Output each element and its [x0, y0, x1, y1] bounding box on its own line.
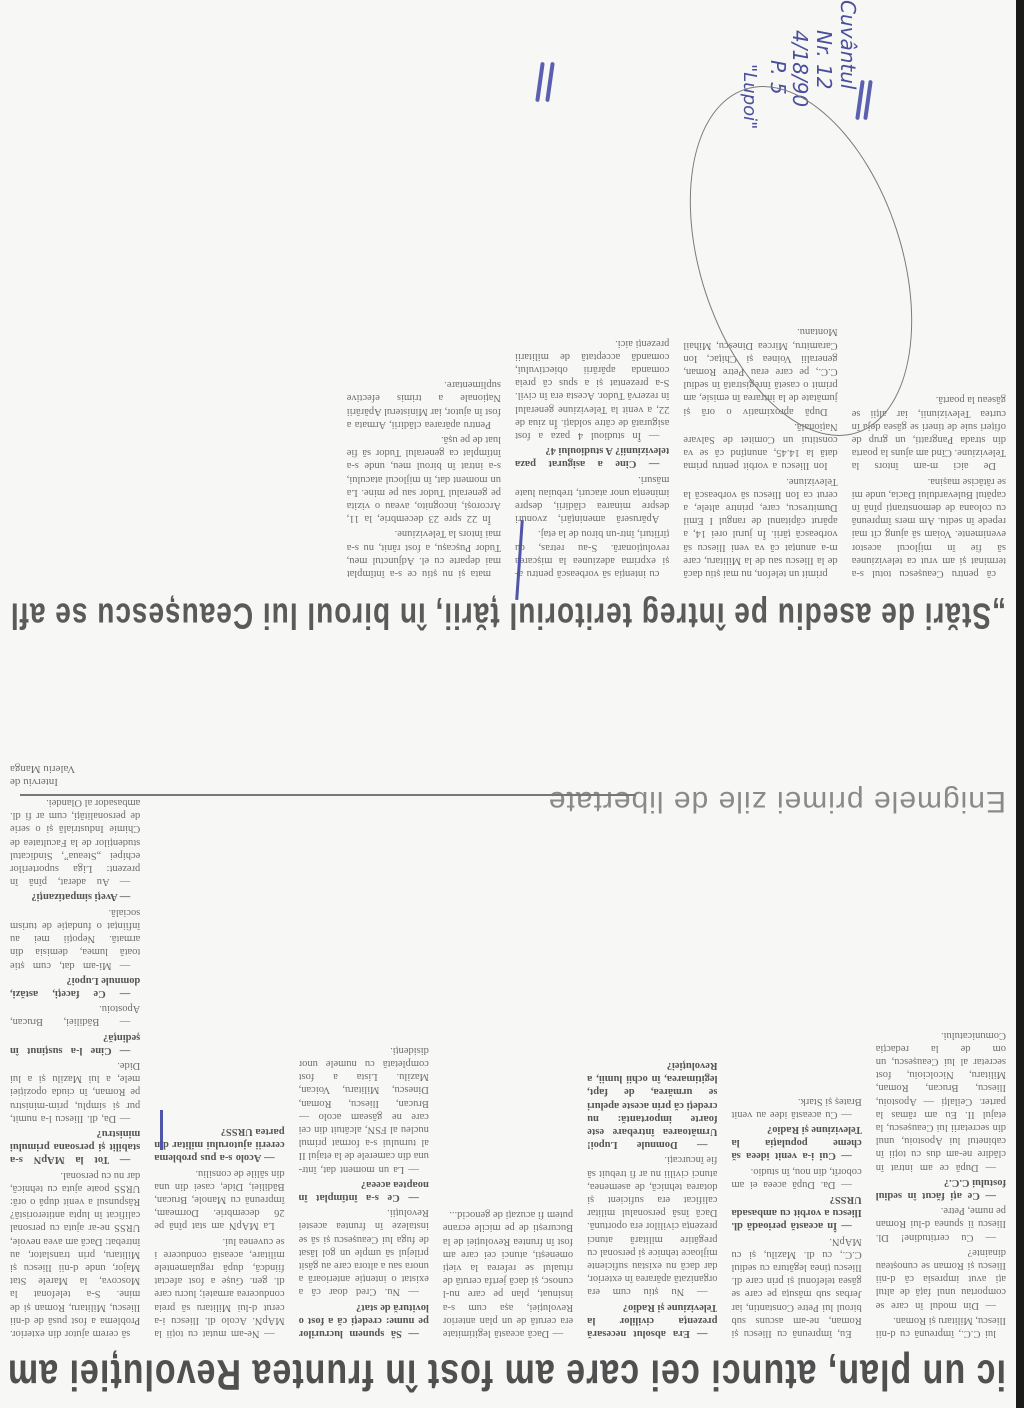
paragraph: La MApN am stat pînă pe 26 decembrie. Do…: [154, 1166, 284, 1232]
paragraph: — Ne-am mutat cu toții la MApN. Acolo dl…: [154, 1234, 284, 1340]
article-top-headline: ic un plan, atunci cei care am fost în f…: [10, 1349, 1006, 1398]
question: — Aveți simpatizanți?: [10, 890, 140, 903]
paragraph: În 22 spre 23 decembrie, la 11, Arcoroși…: [347, 433, 501, 525]
paragraph: — Da. După aceea ei am coborît, din nou,…: [731, 1164, 861, 1190]
paragraph: — În studioul 4 paza a fost asigurată de…: [515, 336, 669, 442]
paragraph: — Cu certitudine! Dl. Iliescu îi spunea …: [876, 1204, 1006, 1244]
question: — Cine a asigurat paza televiziunii? A s…: [515, 444, 669, 470]
question: — Ce ați făcut în sediul fostului C.C.?: [876, 1176, 1006, 1202]
handwritten-issue: Nr. 12: [812, 30, 836, 90]
paragraph: mata și nu știu ce s-a întîmplat mai dep…: [347, 527, 501, 580]
handwritten-publication: Cuvântul: [836, 0, 860, 89]
question: — Să spunem lucrurilor pe nume: credeți …: [299, 1300, 429, 1340]
column: — Ne-am mutat cu toții la MApN. Acolo dl…: [154, 718, 284, 1340]
question: — Domnule Lupoi! Următoarea întrebare es…: [587, 1059, 717, 1151]
pen-underline-mark: [160, 1110, 163, 1150]
question: — Cine l-a susținut în ședință?: [10, 1030, 140, 1056]
scan-edge: [1016, 0, 1024, 1408]
paragraph: — Cu această idee au venit Brateș și Sta…: [731, 1094, 861, 1120]
column: [178, 10, 332, 580]
paragraph: că pentru Ceaușescu totul s-a terminat ș…: [852, 474, 1006, 580]
paragraph: primit un telefon, nu mai știu dacă de l…: [683, 474, 837, 580]
scanned-page: ic un plan, atunci cei care am fost în f…: [0, 0, 1016, 1408]
paragraph: — Dacă această legitimitate era cerută d…: [443, 1208, 573, 1340]
paragraph: — Nu știu cum era organizată apărarea în…: [587, 1153, 717, 1298]
question: — Tot la MApN s-a stabilit și persoana p…: [10, 1127, 140, 1167]
question: — În această perioadă dl. Iliescu a vorb…: [731, 1193, 861, 1233]
section-divider: [20, 794, 636, 796]
paragraph: să cerem ajutor din exterior. Problema a…: [10, 1168, 140, 1340]
question: — Cui i-a venit ideea să cheme populația…: [731, 1123, 861, 1163]
section-label: Enigmele primei zile de libertate: [548, 784, 1006, 818]
column: mata și nu știu ce s-a întîmplat mai dep…: [347, 10, 501, 580]
byline-label: Interviu de: [10, 775, 140, 788]
question: — Era absolut necesară prezența civililo…: [587, 1300, 717, 1340]
paragraph: — Din modul în care se comportau unul fa…: [876, 1246, 1006, 1312]
column: — Să spunem lucrurilor pe nume: credeți …: [299, 718, 429, 1340]
paragraph: — După ce am intrat în clădire ne-am dus…: [876, 1028, 1006, 1173]
paragraph: — Bădiliei, Brucan, Apostoiu.: [10, 1002, 140, 1028]
question: — Acolo s-a pus problema cererii ajutoru…: [154, 1125, 284, 1165]
article-bottom-headline: „Stări de asediu pe întreg teritoriul ță…: [10, 594, 1006, 636]
question: — Ce s-a întîmplat în noaptea aceea?: [299, 1178, 429, 1204]
paragraph: cu intenția să vorbească pentru a-și exp…: [515, 527, 669, 580]
question: — Ce faceți, astăzi, domnule Lupoi?: [10, 974, 140, 1000]
column: [10, 10, 164, 580]
paragraph: — Au aderat, pînă în prezent: Liga supor…: [10, 796, 140, 888]
paragraph: Apăruseră amenințări, zvonuri despre min…: [515, 472, 669, 525]
byline-author: Valeriu Manga: [10, 761, 140, 774]
column: să cerem ajutor din exterior. Problema a…: [10, 718, 140, 1340]
paragraph: — Mi-am dat, cum știe toată lumea, demis…: [10, 906, 140, 972]
paragraph: Pentru apărarea clădirii, Armata a fost …: [347, 378, 501, 431]
paragraph: lui C.C., împreună cu d-nii Iliescu, Mil…: [876, 1314, 1006, 1340]
paragraph: — Nu. Cred doar că a existat o intenție …: [299, 1206, 429, 1298]
paragraph: — La un moment dat, într-una din camerel…: [299, 1044, 429, 1176]
byline: Interviu de Valeriu Manga: [10, 761, 140, 787]
paragraph: Eu, împreună cu Iliescu și Roman, ne-am …: [731, 1234, 861, 1340]
paragraph: — Da, dl. Iliescu l-a numit, pur și simp…: [10, 1059, 140, 1125]
article-top: ic un plan, atunci cei care am fost în f…: [0, 648, 1016, 1408]
